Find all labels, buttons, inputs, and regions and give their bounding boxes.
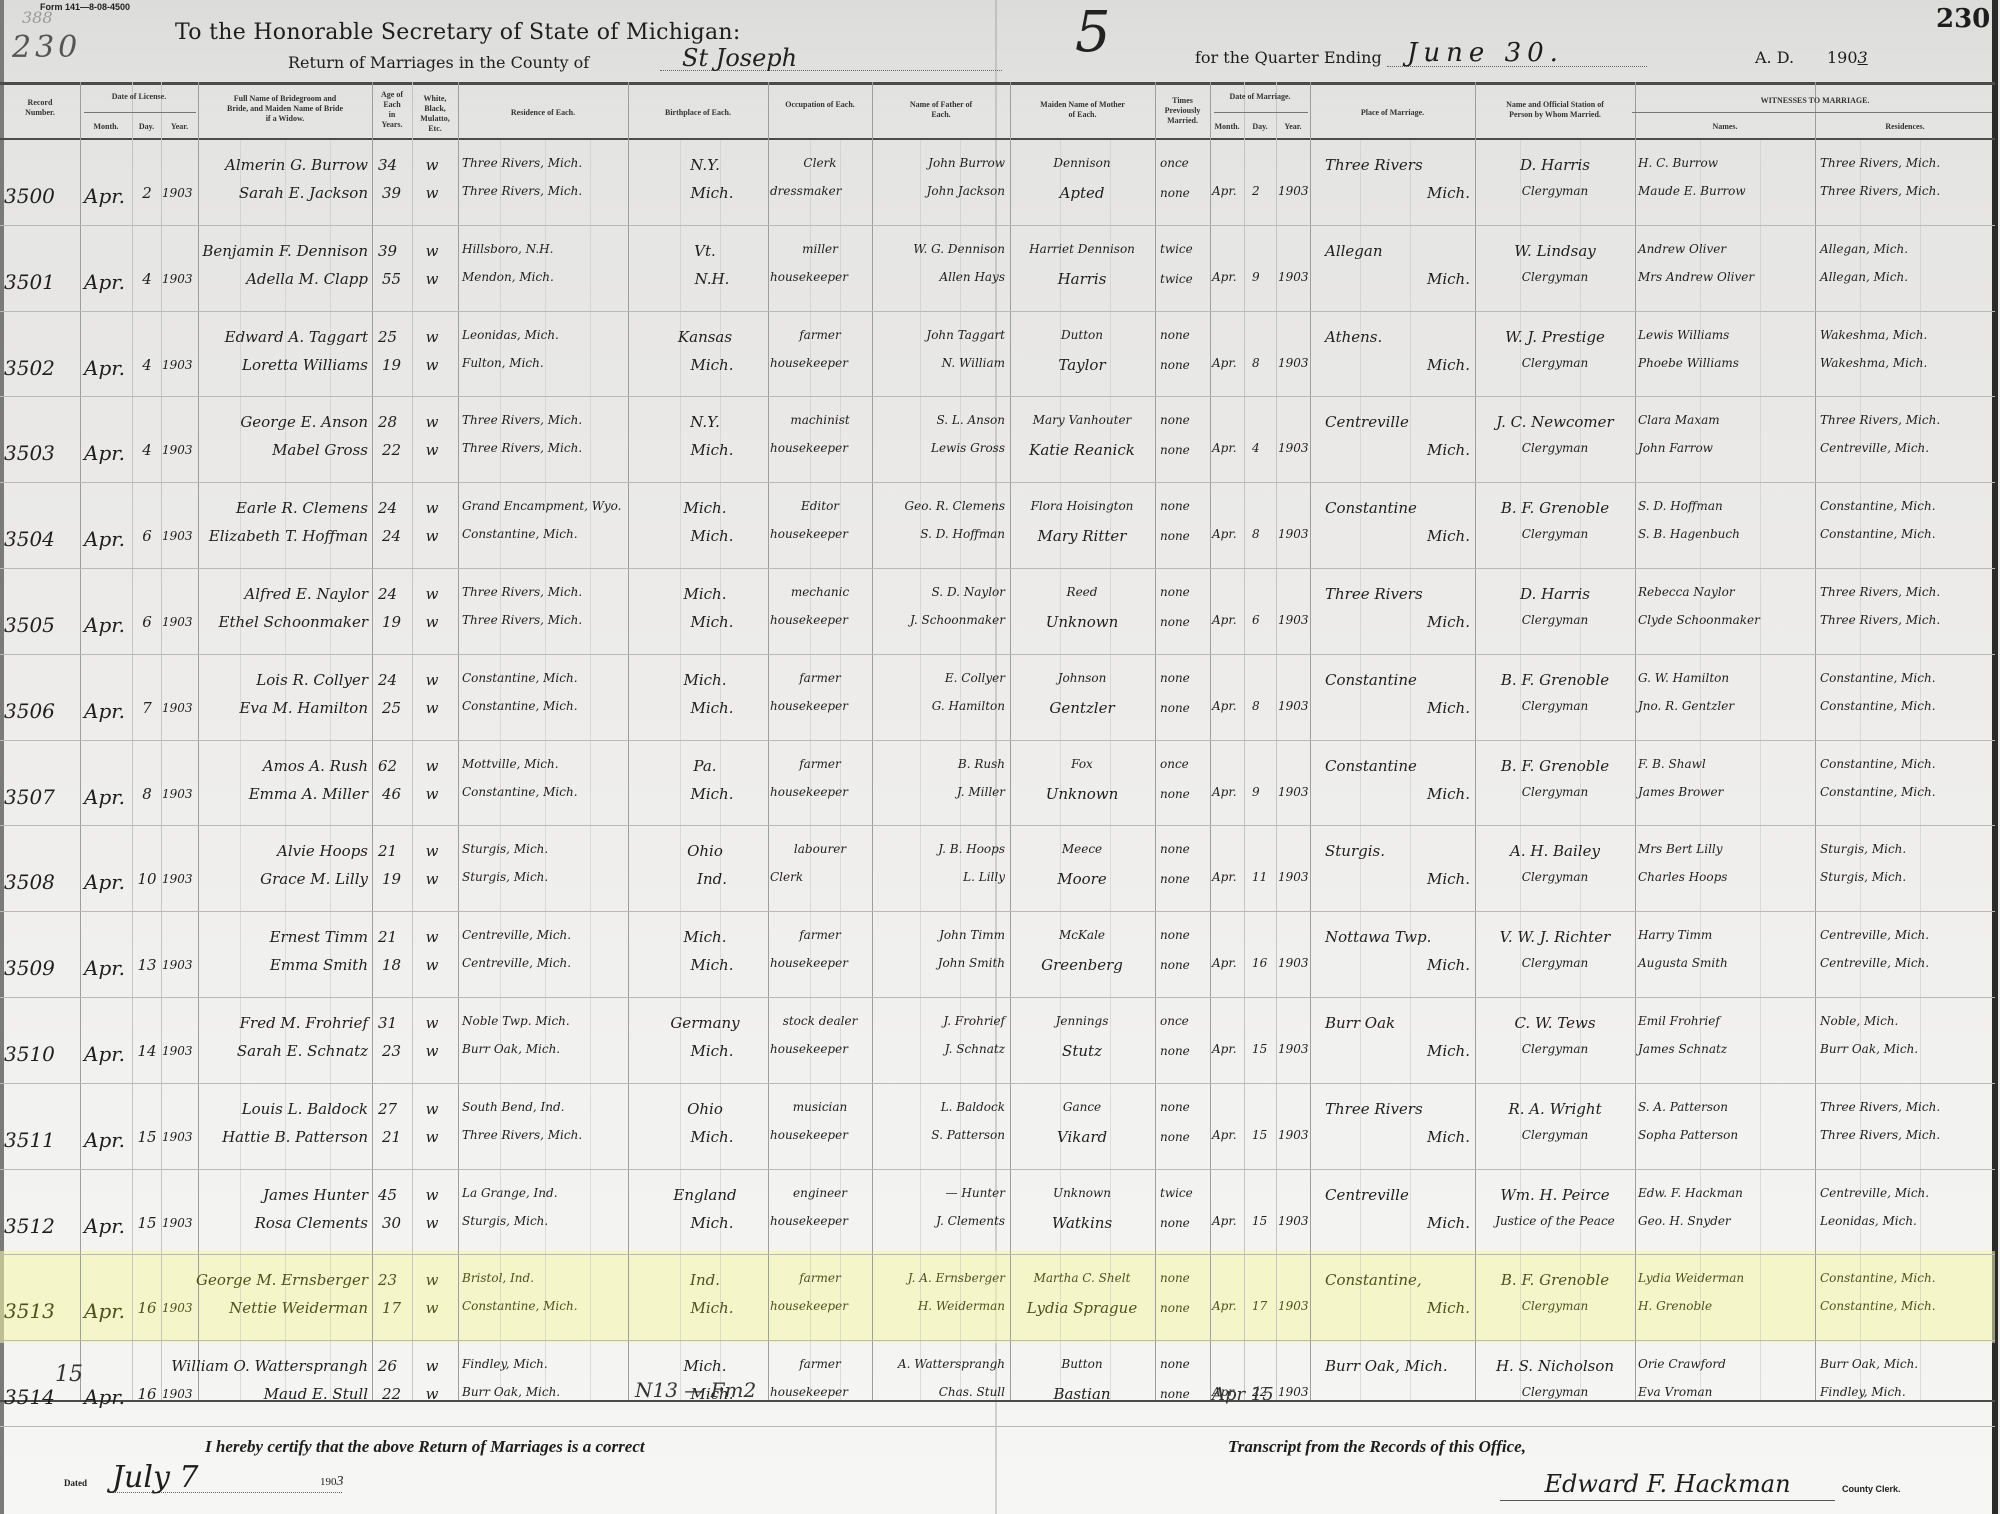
bride-times-married: none [1160,872,1190,886]
groom-residence: Hillsboro, N.H. [462,242,553,256]
license-day: 6 [142,613,152,631]
marriage-day: 6 [1252,613,1260,627]
groom-name: James Hunter [263,1186,368,1204]
column-header: Day. [1244,122,1276,132]
license-year: 1903 [162,1387,193,1401]
record-number: 3511 [4,1128,55,1152]
groom-birthplace: N.Y. [690,156,720,174]
column-header: Month. [80,122,132,132]
groom-residence: Constantine, Mich. [462,671,578,685]
bride-residence: Three Rivers, Mich. [462,441,582,455]
column-divider [412,82,413,1400]
bride-birthplace: Mich. [691,1299,734,1317]
groom-race: w [426,413,439,431]
officiant-name: W. Lindsay [1514,242,1595,260]
witness-name: John Farrow [1638,441,1713,455]
groom-residence: Mottville, Mich. [462,757,559,771]
groom-race: w [426,842,439,860]
witness-residence: Burr Oak, Mich. [1820,1357,1918,1371]
marriage-day: 11 [1252,870,1267,884]
bride-mother: Watkins [1052,1214,1112,1232]
marriage-place: Burr Oak [1325,1014,1395,1032]
document-subtitle: Return of Marriages in the County of [288,53,589,72]
marriage-place: Athens. [1325,328,1382,346]
bride-residence: Three Rivers, Mich. [462,1128,582,1142]
groom-name: Louis L. Baldock [242,1100,368,1118]
license-year: 1903 [162,529,193,543]
groom-mother: Fox [1071,757,1093,771]
bride-mother: Apted [1060,184,1105,202]
groom-name: Alfred E. Naylor [244,585,368,603]
officiant-station: Clergyman [1522,870,1589,884]
bride-times-married: none [1160,701,1190,715]
groom-residence: Noble Twp. Mich. [462,1014,570,1028]
bride-times-married: none [1160,529,1190,543]
column-divider [198,82,199,1400]
witness-residence: Three Rivers, Mich. [1820,156,1940,170]
groom-father: S. D. Naylor [932,585,1005,599]
record-number: 3509 [4,956,55,980]
bride-times-married: none [1160,443,1190,457]
bride-birthplace: Mich. [691,699,734,717]
marriage-day: 17 [1252,1299,1267,1313]
margin-annotation: N13 — Fm2 [635,1378,756,1402]
license-day: 15 [137,1128,156,1146]
marriage-place: Centreville [1325,1186,1409,1204]
column-divider [1310,82,1311,1400]
record-number: 3506 [4,699,55,723]
column-header: Maiden Name of Mother of Each. [1010,100,1155,120]
bride-residence: Sturgis, Mich. [462,1214,548,1228]
groom-name: Benjamin F. Dennison [202,242,368,260]
column-header: Residences. [1815,122,1995,132]
bride-occupation: housekeeper [770,613,848,627]
bride-birthplace: Mich. [691,956,734,974]
bride-father: J. Schnatz [945,1042,1005,1056]
groom-father: L. Baldock [941,1100,1005,1114]
bride-birthplace: Mich. [691,441,734,459]
marriage-place: Centreville [1325,413,1409,431]
bride-father: H. Weiderman [918,1299,1005,1313]
witness-name: S. B. Hagenbuch [1638,527,1740,541]
groom-mother: Dennison [1053,156,1110,170]
dated-year-hand: 3 [337,1474,344,1489]
bride-birthplace: Ind. [697,870,727,888]
bride-occupation: housekeeper [770,1385,848,1399]
license-day: 4 [142,270,152,288]
groom-age: 27 [378,1100,397,1118]
marriage-year: 1903 [1278,441,1309,455]
groom-times-married: twice [1160,242,1193,256]
clerk-label: County Clerk. [1842,1484,1901,1494]
groom-race: w [426,1014,439,1032]
groom-age: 21 [378,842,397,860]
row-divider [0,568,1995,569]
marriage-month: Apr. [1212,270,1237,284]
groom-mother: Johnson [1058,671,1107,685]
bride-father: S. D. Hoffman [920,527,1005,541]
column-divider [1276,82,1277,1400]
row-divider [0,825,1995,826]
officiant-name: B. F. Grenoble [1501,499,1609,517]
groom-occupation: stock dealer [783,1014,858,1028]
groom-race: w [426,242,439,260]
marriage-day: 2 [1252,184,1260,198]
groom-times-married: none [1160,1100,1190,1114]
marriage-year: 1903 [1278,184,1309,198]
bride-name: Grace M. Lilly [260,870,368,888]
officiant-station: Clergyman [1522,184,1589,198]
marriage-month: Apr. [1212,870,1237,884]
record-number: 3513 [4,1299,55,1323]
license-month: Apr. [84,1299,125,1323]
groom-age: 34 [378,156,397,174]
bride-birthplace: Mich. [691,785,734,803]
marriage-place-state: Mich. [1427,699,1470,717]
groom-birthplace: England [673,1186,736,1204]
bride-occupation: housekeeper [770,441,848,455]
row-divider [0,740,1995,741]
marriage-place-state: Mich. [1427,785,1470,803]
bride-father: S. Patterson [931,1128,1005,1142]
bride-age: 24 [382,527,401,545]
bride-age: 17 [382,1299,401,1317]
ad-year: 1903 [1827,48,1868,67]
witness-residence: Constantine, Mich. [1820,1299,1936,1313]
witness-residence: Noble, Mich. [1820,1014,1898,1028]
groom-father: A. Wattersprangh [898,1357,1005,1371]
form-number: Form 141—8-08-4500 [40,2,130,12]
ruling-line [590,140,591,1400]
marriage-place-state: Mich. [1427,1214,1470,1232]
record-number: 3507 [4,785,55,809]
groom-name: Almerin G. Burrow [225,156,368,174]
bride-mother: Lydia Sprague [1027,1299,1137,1317]
groom-father: John Timm [939,928,1005,942]
groom-age: 25 [378,328,397,346]
bride-occupation: housekeeper [770,1042,848,1056]
groom-name: William O. Wattersprangh [171,1357,368,1375]
license-day: 15 [137,1214,156,1232]
bride-occupation: housekeeper [770,785,848,799]
marriage-day: 16 [1252,956,1267,970]
groom-birthplace: Ind. [690,1271,720,1289]
bride-father: L. Lilly [963,870,1005,884]
license-year: 1903 [162,787,193,801]
column-header: Month. [1210,122,1244,132]
groom-birthplace: Kansas [678,328,732,346]
bride-times-married: none [1160,958,1190,972]
ad-year-hand: 3 [1858,48,1868,67]
bride-mother: Harris [1058,270,1107,288]
groom-age: 23 [378,1271,397,1289]
marriage-month: Apr. [1212,1128,1237,1142]
license-day: 4 [142,356,152,374]
groom-residence: Three Rivers, Mich. [462,156,582,170]
column-header: Place of Marriage. [1310,108,1475,118]
marriage-month: Apr. [1212,441,1237,455]
witness-residence: Constantine, Mich. [1820,1271,1936,1285]
witness-name: Sopha Patterson [1638,1128,1738,1142]
witness-name: Andrew Oliver [1638,242,1726,256]
groom-times-married: none [1160,928,1190,942]
marriage-place-state: Mich. [1427,441,1470,459]
bride-residence: Mendon, Mich. [462,270,554,284]
groom-birthplace: Ohio [687,1100,723,1118]
document-title: To the Honorable Secretary of State of M… [175,20,741,45]
handwritten-mark: 5 [1075,0,1111,65]
row-divider [0,654,1995,655]
header-bottom-rule [0,138,1995,140]
witness-residence: Three Rivers, Mich. [1820,613,1940,627]
bride-age: 22 [382,1385,401,1403]
license-month: Apr. [84,1385,125,1409]
marriage-day: 4 [1252,441,1260,455]
bride-name: Maud E. Stull [264,1385,368,1403]
groom-age: 45 [378,1186,397,1204]
groom-occupation: farmer [799,671,841,685]
groom-race: w [426,1271,439,1289]
bride-name: Emma Smith [270,956,368,974]
bride-age: 21 [382,1128,401,1146]
groom-race: w [426,757,439,775]
witness-name: Harry Timm [1638,928,1712,942]
marriage-year: 1903 [1278,1042,1309,1056]
marriage-day: 9 [1252,785,1260,799]
groom-name: Ernest Timm [270,928,368,946]
groom-father: J. A. Ernsberger [908,1271,1005,1285]
marriage-year: 1903 [1278,956,1309,970]
groom-age: 24 [378,499,397,517]
bride-age: 19 [382,613,401,631]
license-month: Apr. [84,870,125,894]
groom-residence: La Grange, Ind. [462,1186,558,1200]
bride-birthplace: Mich. [691,613,734,631]
groom-occupation: farmer [799,1271,841,1285]
column-divider [768,82,769,1400]
marriage-place: Constantine [1325,757,1417,775]
groom-father: S. L. Anson [936,413,1005,427]
groom-age: 24 [378,585,397,603]
license-month: Apr. [84,270,125,294]
marriage-year: 1903 [1278,1128,1309,1142]
bride-father: Chas. Stull [939,1385,1005,1399]
column-header: Date of License. [80,92,198,102]
witness-name: James Brower [1638,785,1723,799]
witness-residence: Sturgis, Mich. [1820,870,1906,884]
groom-birthplace: Vt. [694,242,716,260]
witness-name: Edw. F. Hackman [1638,1186,1743,1200]
bride-occupation: dressmaker [770,184,841,198]
groom-father: Geo. R. Clemens [905,499,1005,513]
marriage-year: 1903 [1278,785,1309,799]
bride-age: 23 [382,1042,401,1060]
marriage-month: Apr. [1212,527,1237,541]
bride-birthplace: Mich. [691,184,734,202]
witness-name: Orie Crawford [1638,1357,1726,1371]
license-month: Apr. [84,699,125,723]
marriage-place-state: Mich. [1427,270,1470,288]
witness-name: G. W. Hamilton [1638,671,1729,685]
license-year: 1903 [162,443,193,457]
bride-name: Loretta Williams [242,356,368,374]
groom-residence: Sturgis, Mich. [462,842,548,856]
bride-birthplace: Mich. [691,1128,734,1146]
officiant-name: W. J. Prestige [1505,328,1605,346]
quarter-label: for the Quarter Ending [1195,48,1382,67]
license-day: 16 [137,1385,156,1403]
row-divider [0,997,1995,998]
column-header: Age of Each in Years. [372,90,412,130]
bride-name: Nettie Weiderman [229,1299,368,1317]
license-month: Apr. [84,527,125,551]
witness-name: S. A. Patterson [1638,1100,1728,1114]
bride-race: w [426,870,439,888]
groom-race: w [426,328,439,346]
groom-name: Earle R. Clemens [236,499,368,517]
license-day: 7 [142,699,152,717]
bride-occupation: housekeeper [770,1299,848,1313]
witness-residence: Three Rivers, Mich. [1820,1100,1940,1114]
groom-times-married: none [1160,1357,1190,1371]
dated-year: 1903 [320,1474,344,1490]
bride-father: John Smith [938,956,1005,970]
license-year: 1903 [162,1301,193,1315]
marriage-year: 1903 [1278,270,1309,284]
bride-father: John Jackson [927,184,1005,198]
record-number: 3514 [4,1385,55,1409]
groom-residence: Findley, Mich. [462,1357,548,1371]
groom-mother: Mary Vanhouter [1033,413,1132,427]
license-year: 1903 [162,272,193,286]
column-header: Residence of Each. [458,108,628,118]
column-divider [628,82,629,1400]
bride-times-married: none [1160,358,1190,372]
witness-name: Clara Maxam [1638,413,1720,427]
marriage-place: Sturgis. [1325,842,1385,860]
dated-label: Dated [64,1478,87,1488]
license-year: 1903 [162,358,193,372]
bride-residence: Constantine, Mich. [462,699,578,713]
groom-age: 21 [378,928,397,946]
bride-birthplace: Mich. [691,527,734,545]
marriage-return-document: Form 141—8-08-4500 388 230 To the Honora… [0,0,1998,1514]
column-header: Occupation of Each. [768,100,872,110]
ruling-line [1110,140,1111,1400]
bride-birthplace: N.H. [695,270,730,288]
bride-name: Emma A. Miller [249,785,368,803]
bride-occupation: housekeeper [770,270,848,284]
bride-name: Sarah E. Jackson [239,184,368,202]
groom-age: 62 [378,757,397,775]
witness-name: Mrs Andrew Oliver [1638,270,1754,284]
witness-residence: Three Rivers, Mich. [1820,585,1940,599]
transcript-text: Transcript from the Records of this Offi… [1228,1437,1526,1457]
column-header: Times Previously Married. [1155,96,1210,126]
groom-residence: South Bend, Ind. [462,1100,564,1114]
witness-name: Clyde Schoonmaker [1638,613,1760,627]
witness-residence: Three Rivers, Mich. [1820,1128,1940,1142]
page-number: 230 [1936,4,1990,34]
column-header: Names. [1635,122,1815,132]
officiant-station: Clergyman [1522,1042,1589,1056]
bride-birthplace: Mich. [691,1214,734,1232]
groom-mother: Martha C. Shelt [1034,1271,1131,1285]
bride-times-married: none [1160,615,1190,629]
witness-name: Geo. H. Snyder [1638,1214,1731,1228]
bride-occupation: housekeeper [770,1214,848,1228]
groom-father: John Burrow [928,156,1005,170]
bride-name: Mabel Gross [272,441,368,459]
groom-name: Alvie Hoops [277,842,368,860]
bride-race: w [426,441,439,459]
groom-times-married: once [1160,156,1189,170]
groom-race: w [426,928,439,946]
groom-times-married: none [1160,499,1190,513]
record-number: 3500 [4,184,55,208]
bride-father: Allen Hays [939,270,1005,284]
bride-mother: Bastian [1053,1385,1110,1403]
witness-residence: Centreville, Mich. [1820,956,1929,970]
groom-father: J. B. Hoops [938,842,1005,856]
groom-occupation: farmer [799,757,841,771]
column-divider [1155,82,1156,1400]
bride-mother: Gentzler [1049,699,1114,717]
marriage-place-state: Mich. [1427,527,1470,545]
marriage-place-state: Mich. [1427,613,1470,631]
record-number: 3512 [4,1214,55,1238]
witness-name: Augusta Smith [1638,956,1728,970]
ruling-line [1760,140,1761,1400]
bride-birthplace: Mich. [691,356,734,374]
row-divider [0,396,1995,397]
column-header: Year. [161,122,198,132]
officiant-name: B. F. Grenoble [1501,757,1609,775]
bride-race: w [426,356,439,374]
witness-residence: Constantine, Mich. [1820,757,1936,771]
license-month: Apr. [84,184,125,208]
marriage-day: 9 [1252,270,1260,284]
witness-residence: Findley, Mich. [1820,1385,1906,1399]
ad-year-printed: 190 [1827,48,1858,67]
record-number: 3502 [4,356,55,380]
bride-age: 19 [382,870,401,888]
bride-residence: Three Rivers, Mich. [462,613,582,627]
witness-name: Mrs Bert Lilly [1638,842,1723,856]
bride-times-married: none [1160,1216,1190,1230]
groom-occupation: miller [802,242,838,256]
groom-father: B. Rush [958,757,1005,771]
bride-age: 25 [382,699,401,717]
witness-residence: Centreville, Mich. [1820,928,1929,942]
officiant-station: Clergyman [1522,1128,1589,1142]
marriage-place: Constantine [1325,499,1417,517]
groom-residence: Leonidas, Mich. [462,328,559,342]
marriage-day: 15 [1252,1128,1267,1142]
bride-father: Lewis Gross [931,441,1005,455]
marriage-place-state: Mich. [1427,356,1470,374]
officiant-station: Clergyman [1522,527,1589,541]
witness-residence: Allegan, Mich. [1820,270,1908,284]
groom-race: w [426,1100,439,1118]
bride-race: w [426,613,439,631]
marriage-year: 1903 [1278,356,1309,370]
officiant-name: Wm. H. Peirce [1500,1186,1609,1204]
marriage-month: Apr. [1212,1299,1237,1313]
bride-mother: Greenberg [1041,956,1123,974]
column-divider [1010,82,1011,1400]
groom-name: George M. Ernsberger [196,1271,368,1289]
